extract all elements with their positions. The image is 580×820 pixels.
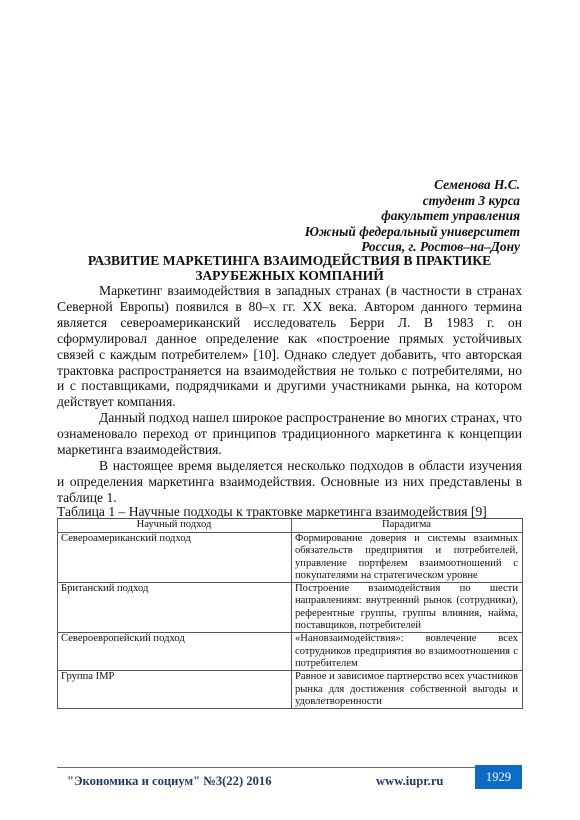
paradigm-cell: Формирование доверия и системы взаимных …: [292, 533, 523, 583]
author-faculty: факультет управления: [200, 208, 520, 224]
table-header-row: Научный подход Парадигма: [58, 519, 523, 533]
document-page: Семенова Н.С. студент 3 курса факультет …: [0, 0, 580, 820]
footer-website-link[interactable]: www.iupr.ru: [376, 774, 443, 789]
paradigm-cell: Равное и зависимое партнерство всех учас…: [292, 671, 523, 709]
paragraph: В настоящее время выделяется несколько п…: [57, 458, 522, 506]
title-line-2: ЗАРУБЕЖНЫХ КОМПАНИЙ: [57, 268, 522, 283]
author-university: Южный федеральный университет: [200, 224, 520, 240]
table-row: Группа IMP Равное и зависимое партнерств…: [58, 671, 523, 709]
paragraph: Маркетинг взаимодействия в западных стра…: [57, 283, 522, 410]
approach-cell: Группа IMP: [58, 671, 292, 709]
paradigm-cell: «Нановзаимодействия»: вовлечение всех со…: [292, 633, 523, 671]
footer-journal: "Экономика и социум" №3(22) 2016: [67, 774, 272, 789]
paradigm-cell: Построение взаимодействия по шести напра…: [292, 583, 523, 633]
article-title: РАЗВИТИЕ МАРКЕТИНГА ВЗАИМОДЕЙСТВИЯ В ПРА…: [57, 253, 522, 283]
table-row: Североамериканский подход Формирование д…: [58, 533, 523, 583]
page-number-badge: 1929: [475, 765, 522, 789]
title-line-1: РАЗВИТИЕ МАРКЕТИНГА ВЗАИМОДЕЙСТВИЯ В ПРА…: [57, 253, 522, 268]
table-caption: Таблица 1 – Научные подходы к трактовке …: [57, 504, 527, 519]
author-block: Семенова Н.С. студент 3 курса факультет …: [200, 177, 520, 255]
approach-cell: Североамериканский подход: [58, 533, 292, 583]
author-status: студент 3 курса: [200, 193, 520, 209]
approach-cell: Североевропейский подход: [58, 633, 292, 671]
approaches-table: Научный подход Парадигма Североамериканс…: [57, 518, 523, 709]
author-name: Семенова Н.С.: [200, 177, 520, 193]
article-body: Маркетинг взаимодействия в западных стра…: [57, 283, 522, 506]
header-approach: Научный подход: [58, 519, 292, 533]
table-row: Британский подход Построение взаимодейст…: [58, 583, 523, 633]
footer-divider: [57, 767, 475, 768]
paragraph: Данный подход нашел широкое распростране…: [57, 410, 522, 458]
table-row: Североевропейский подход «Нановзаимодейс…: [58, 633, 523, 671]
header-paradigm: Парадигма: [292, 519, 523, 533]
approach-cell: Британский подход: [58, 583, 292, 633]
